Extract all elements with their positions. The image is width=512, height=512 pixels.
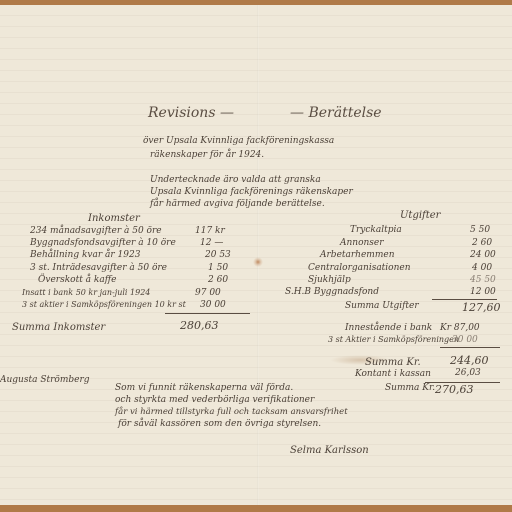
income-row-amount: 117 kr [195,226,225,236]
cash-label: Kontant i kassan [355,369,431,379]
expense-row-label: Arbetarhemmen [320,250,395,260]
expense-row-amount: 4 00 [472,263,492,273]
expense-row-label: Centralorganisationen [308,263,411,273]
expense-row-amount: 2 60 [472,238,492,248]
expense-sum-rule [432,299,497,300]
sum-label: Summa Kr. [365,357,421,368]
stain-spot [253,257,263,267]
page-fold [257,5,259,505]
expense-row-amount: 45 50 [470,275,496,285]
income-row-label: Insatt i bank 50 kr jan-juli 1924 [22,288,150,297]
expense-subtotal-label: Summa Utgifter [345,301,419,311]
expense-row-label: Tryckaltpia [350,225,402,235]
title-left: Revisions — [148,105,234,121]
income-total: 280,63 [180,319,219,332]
expense-row-amount: 24 00 [470,250,496,260]
income-sum-rule [165,313,250,314]
expense-row-label: Annonser [340,238,384,248]
signature-right: Selma Karlsson [290,445,369,456]
ledger-page: Revisions — — Berättelse över Upsala Kvi… [0,5,512,505]
income-row-label: Överskott å kaffe [38,275,116,285]
expenses-heading: Utgifter [400,210,440,221]
income-row-label: Byggnadsfondsavgifter à 10 öre [30,238,176,248]
income-row-amount: 12 — [200,238,223,248]
subtitle-line-1: över Upsala Kvinnliga fackföreningskassa [143,136,334,146]
balance-row-amount: Kr 87,00 [440,323,480,333]
income-row-amount: 30 00 [200,300,226,310]
income-heading: Inkomster [88,213,140,224]
balance-row-label: 3 st Aktier i Samköpsföreningen [328,335,459,344]
cash-amount: 26,03 [455,368,481,378]
income-row-label: Behållning kvar år 1923 [30,250,140,260]
balance-row-label: Innestående i bank [345,323,432,333]
expense-row-label: Sjukhjälp [308,275,351,285]
title-right: — Berättelse [290,105,382,121]
closing-line-2: och styrkta med vederbörliga verifikatio… [115,395,314,405]
sum-amount: 244,60 [450,354,489,367]
income-row-label: 3 st aktier i Samköpsföreningen 10 kr st [22,300,186,309]
income-row-amount: 20 53 [205,250,231,260]
closing-line-3: får vi härmed tillstyrka full och tacksa… [115,407,348,417]
balance-sum-rule [440,347,500,348]
income-row-amount: 97 00 [195,288,221,298]
income-row-amount: 2 60 [208,275,228,285]
closing-line-4: för såväl kassören som den övriga styrel… [118,419,321,429]
income-row-amount: 1 50 [208,263,228,273]
subtitle-line-2: räkenskaper för år 1924. [150,150,264,160]
income-row-label: 234 månadsavgifter à 50 öre [30,226,162,236]
income-row-label: 3 st. Inträdesavgifter à 50 öre [30,263,167,273]
grand-total-label: Summa Kr. [385,383,435,393]
intro-line-3: får härmed avgiva följande berättelse. [150,199,325,209]
closing-line-1: Som vi funnit räkenskaperna väl förda. [115,383,293,393]
balance-row-amount: 30 00 [452,335,478,345]
grand-total: 270,63 [435,383,474,396]
income-total-label: Summa Inkomster [12,322,105,333]
expense-row-label: S.H.B Byggnadsfond [285,287,379,297]
intro-line-1: Undertecknade äro valda att granska [150,175,321,185]
signature-left: Augusta Strömberg [0,375,90,385]
expense-row-amount: 12 00 [470,287,496,297]
intro-line-2: Upsala Kvinnliga fackförenings räkenskap… [150,187,353,197]
expense-subtotal: 127,60 [462,301,501,314]
expense-row-amount: 5 50 [470,225,490,235]
